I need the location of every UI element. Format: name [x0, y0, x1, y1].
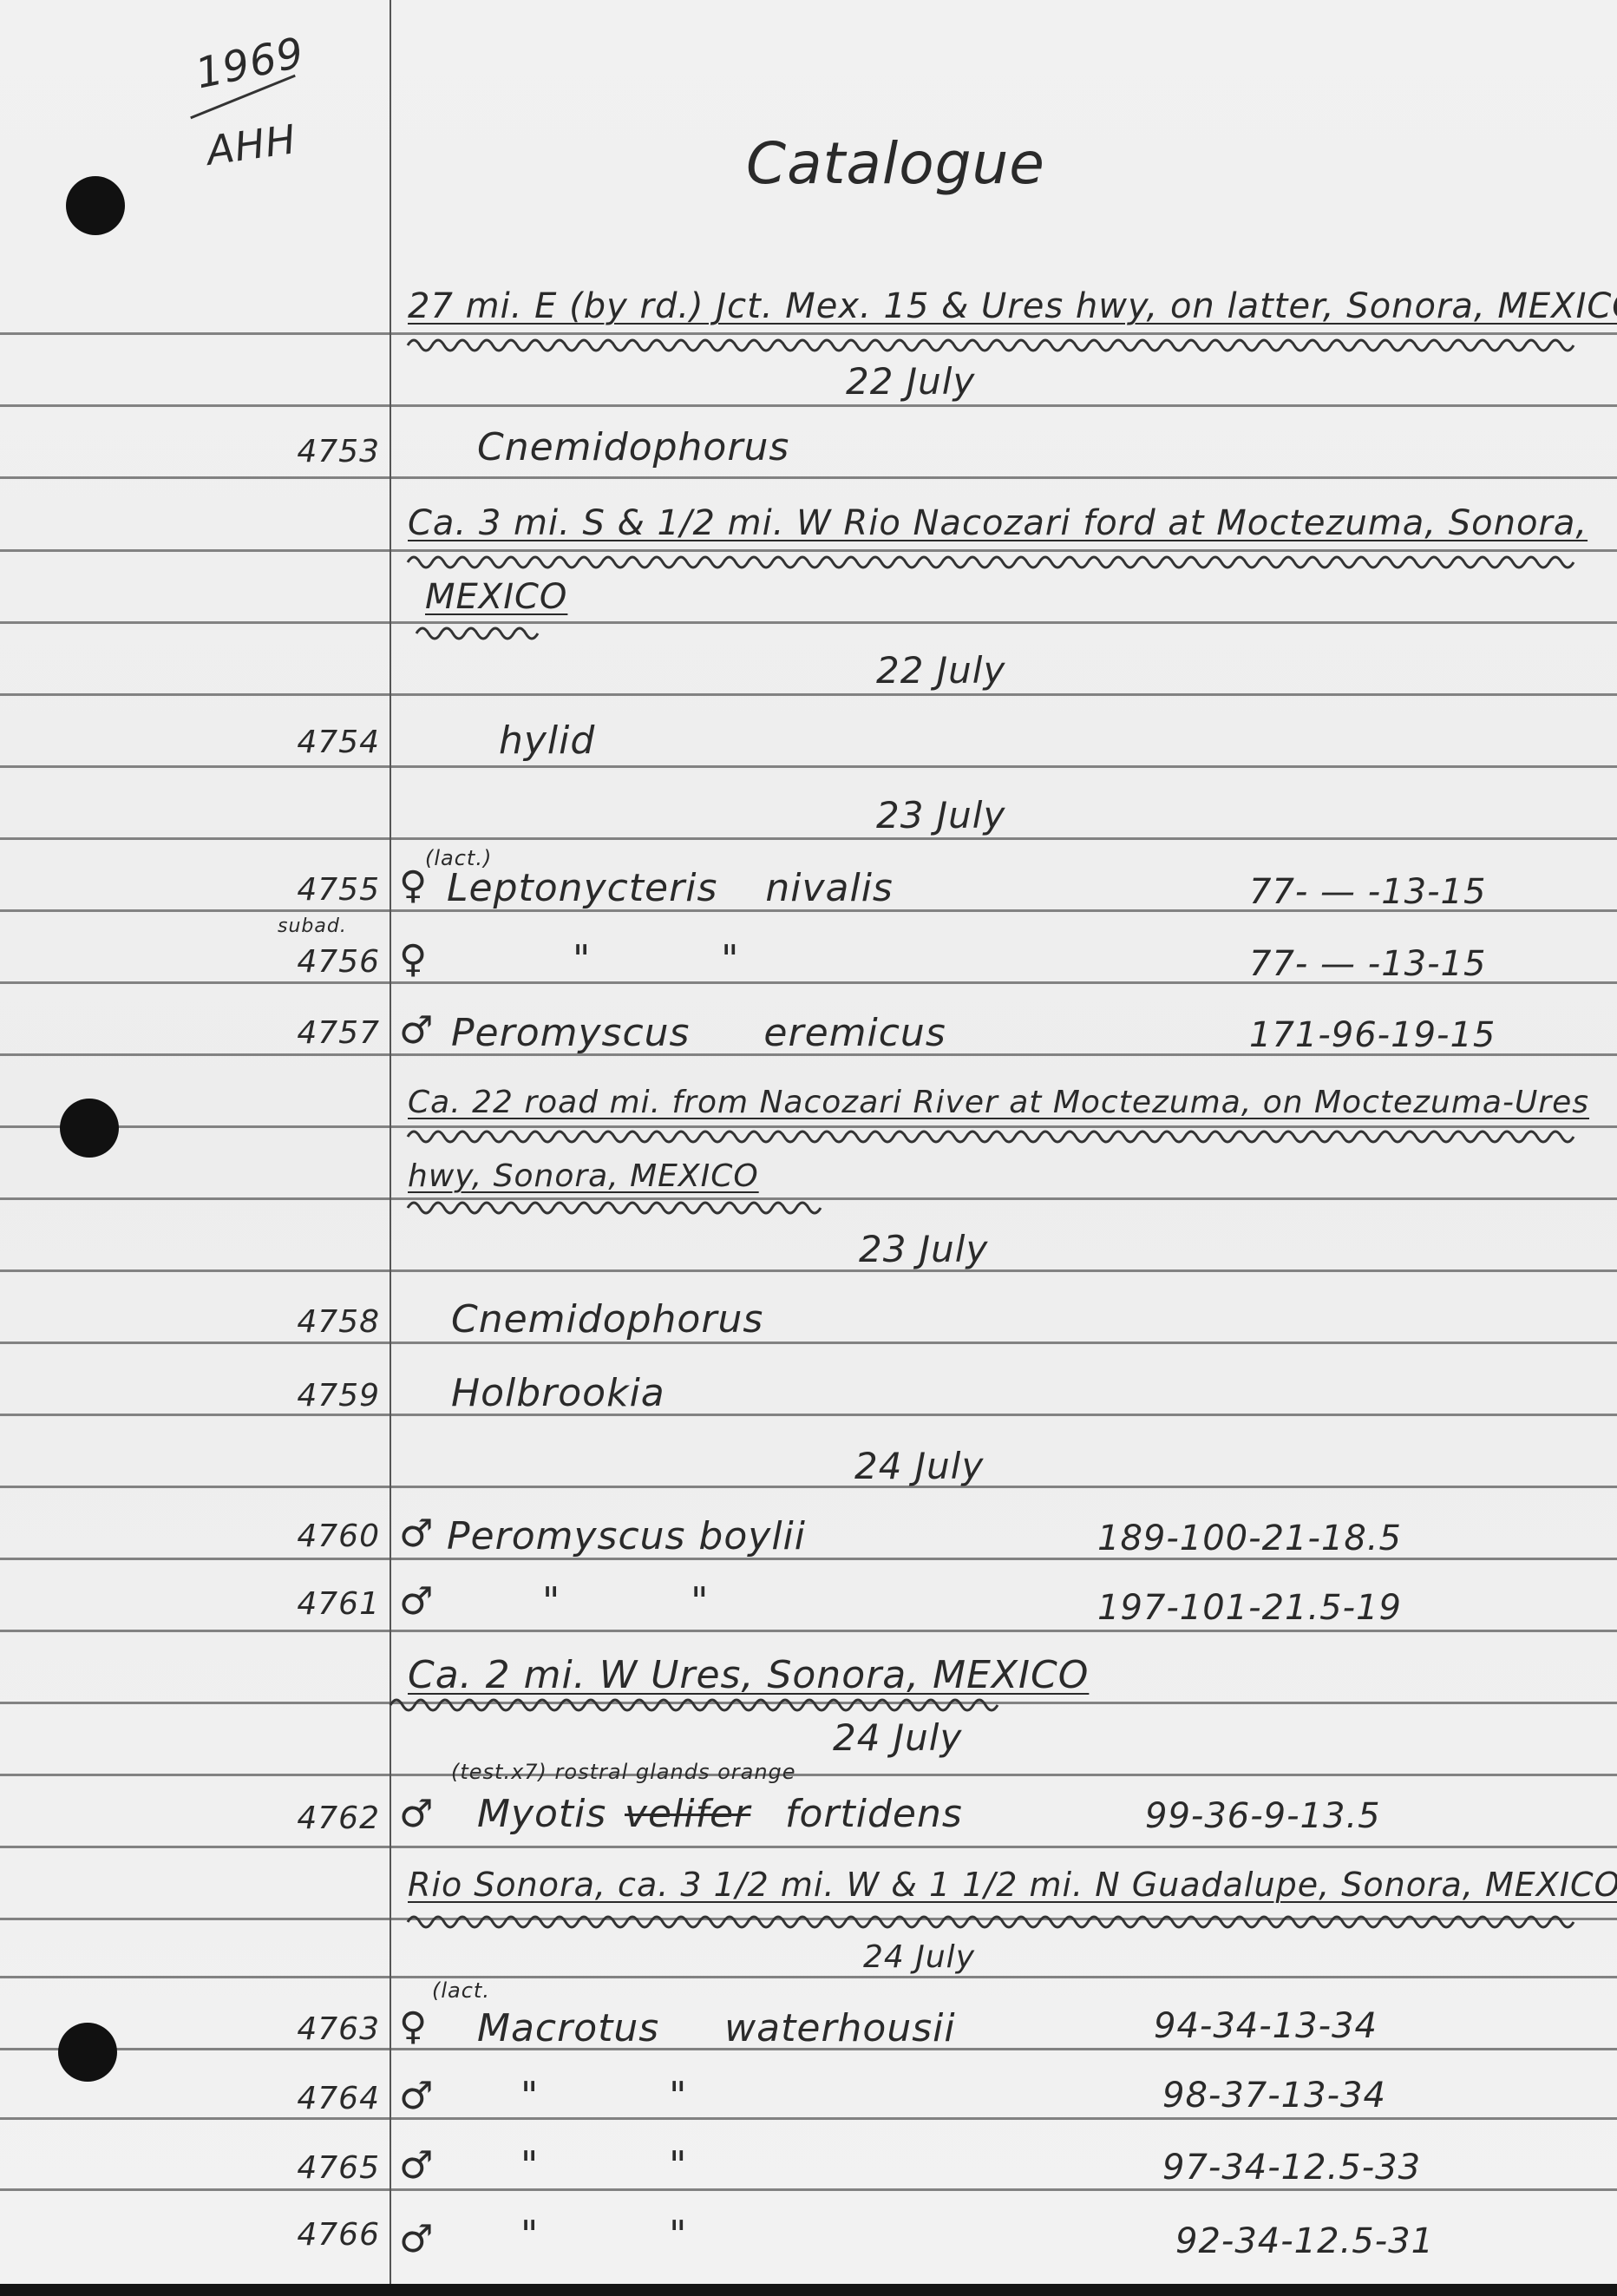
catalog-number: 4760 [224, 1519, 380, 1554]
ruled-line [0, 1846, 1617, 1848]
catalog-number: 4753 [224, 434, 380, 469]
measurements: 77- — -13-15 [1249, 944, 1486, 984]
measurements: 94-34-13-34 [1154, 2006, 1378, 2046]
ditto-mark: " " [542, 1579, 709, 1624]
catalog-number: 4765 [224, 2150, 380, 2186]
sex-symbol: ♀ [399, 2004, 428, 2049]
page-title: Catalogue [746, 130, 1045, 197]
punch-hole-icon [60, 1099, 119, 1158]
measurements: 171-96-19-15 [1249, 1015, 1496, 1055]
ruled-line [0, 1630, 1617, 1632]
locality-text: Ca. 2 mi. W Ures, Sonora, MEXICO [408, 1653, 1089, 1697]
species-name: Cnemidophorus [477, 425, 789, 469]
sex-symbol: ♂ [399, 2217, 434, 2261]
measurements: 77- — -13-15 [1249, 872, 1486, 912]
punch-hole-icon [66, 176, 125, 235]
measurements: 197-101-21.5-19 [1097, 1588, 1402, 1628]
ruled-line [0, 1918, 1617, 1920]
ruled-line [0, 1125, 1617, 1128]
ruled-line [0, 1774, 1617, 1776]
species-name: Macrotus waterhousii [477, 2006, 956, 2050]
wavy-underlines [0, 0, 1617, 2284]
sex-symbol: ♂ [399, 1792, 434, 1836]
ruled-line [0, 765, 1617, 768]
date-text: 23 July [876, 794, 1005, 836]
ruled-line [0, 1342, 1617, 1344]
ditto-mark: " " [520, 2213, 687, 2257]
catalog-number: 4764 [224, 2081, 380, 2116]
locality-continuation: hwy, Sonora, MEXICO [408, 1158, 759, 1194]
species-name: Peromyscus eremicus [451, 1011, 946, 1055]
catalog-number: 4766 [224, 2217, 380, 2253]
sex-symbol: ♀ [399, 937, 428, 981]
catalog-number: 4755 [224, 872, 380, 908]
date-text: 23 July [859, 1228, 988, 1270]
species-name: hylid [499, 718, 595, 763]
margin-line [390, 0, 391, 2284]
species-name: Holbrookia [451, 1371, 665, 1415]
catalog-number: 4763 [224, 2011, 380, 2047]
catalog-number: 4761 [224, 1586, 380, 1622]
age-note: subad. [278, 915, 347, 937]
date-text: 24 July [854, 1445, 984, 1487]
sex-symbol: ♂ [399, 1579, 434, 1624]
year: 1969 [192, 28, 309, 98]
measurements: 97-34-12.5-33 [1162, 2148, 1421, 2188]
sex-symbol: ♂ [399, 2143, 434, 2188]
locality-text: Rio Sonora, ca. 3 1/2 mi. W & 1 1/2 mi. … [408, 1866, 1617, 1904]
catalog-number: 4756 [224, 944, 380, 980]
sex-symbol: ♂ [399, 1512, 434, 1556]
ruled-line [0, 1414, 1617, 1416]
measurements: 92-34-12.5-31 [1175, 2221, 1434, 2261]
sex-symbol: ♂ [399, 1008, 434, 1053]
sex-symbol: ♀ [399, 863, 428, 908]
locality-text: Ca. 3 mi. S & 1/2 mi. W Rio Nacozari for… [408, 503, 1588, 543]
ruled-line [0, 549, 1617, 552]
ruled-line [0, 2188, 1617, 2191]
species-struck: velifer [625, 1792, 750, 1836]
species-epithet: fortidens [785, 1792, 963, 1836]
date-text: 22 July [876, 649, 1005, 692]
ruled-line [0, 332, 1617, 335]
catalog-number: 4762 [224, 1801, 380, 1836]
catalog-number: 4757 [224, 1015, 380, 1051]
notebook-page: 1969 AHH Catalogue 27 mi. E (by rd.) Jct… [0, 0, 1617, 2284]
ruled-line [0, 476, 1617, 479]
locality-text: Ca. 22 road mi. from Nacozari River at M… [408, 1085, 1589, 1120]
catalog-number: 4759 [224, 1378, 380, 1414]
ruled-line [0, 837, 1617, 840]
locality-text: 27 mi. E (by rd.) Jct. Mex. 15 & Ures hw… [408, 286, 1617, 326]
measurements: 98-37-13-34 [1162, 2076, 1386, 2116]
ruled-line [0, 1702, 1617, 1704]
measurements: 99-36-9-13.5 [1145, 1796, 1381, 1836]
measurements: 189-100-21-18.5 [1097, 1519, 1402, 1558]
date-text: 24 July [833, 1716, 962, 1759]
locality-continuation: MEXICO [425, 577, 567, 617]
sex-symbol: ♂ [399, 2074, 434, 2118]
initials: AHH [204, 115, 299, 174]
ruled-line [0, 1486, 1617, 1488]
date-text: 22 July [846, 360, 975, 403]
species-genus: Myotis [477, 1792, 606, 1836]
ditto-mark: " " [573, 937, 739, 981]
catalog-number: 4758 [224, 1304, 380, 1340]
species-name: Leptonycteris nivalis [447, 866, 894, 910]
ruled-line [0, 404, 1617, 407]
ruled-line [0, 2117, 1617, 2120]
ruled-line [0, 1197, 1617, 1200]
scan-edge [0, 2284, 1617, 2296]
species-name: Cnemidophorus [451, 1297, 763, 1342]
punch-hole-icon [58, 2023, 117, 2082]
ditto-mark: " " [520, 2074, 687, 2118]
ruled-line [0, 1976, 1617, 1978]
ditto-mark: " " [520, 2143, 687, 2188]
catalog-number: 4754 [224, 725, 380, 760]
species-name: Peromyscus boylii [447, 1514, 806, 1558]
date-text: 24 July [863, 1939, 975, 1975]
ruled-line [0, 1269, 1617, 1272]
ruled-line [0, 621, 1617, 624]
condition-note: (lact. [432, 1978, 490, 2003]
condition-note: (test.x7) rostral glands orange [451, 1760, 796, 1784]
ruled-line [0, 693, 1617, 696]
